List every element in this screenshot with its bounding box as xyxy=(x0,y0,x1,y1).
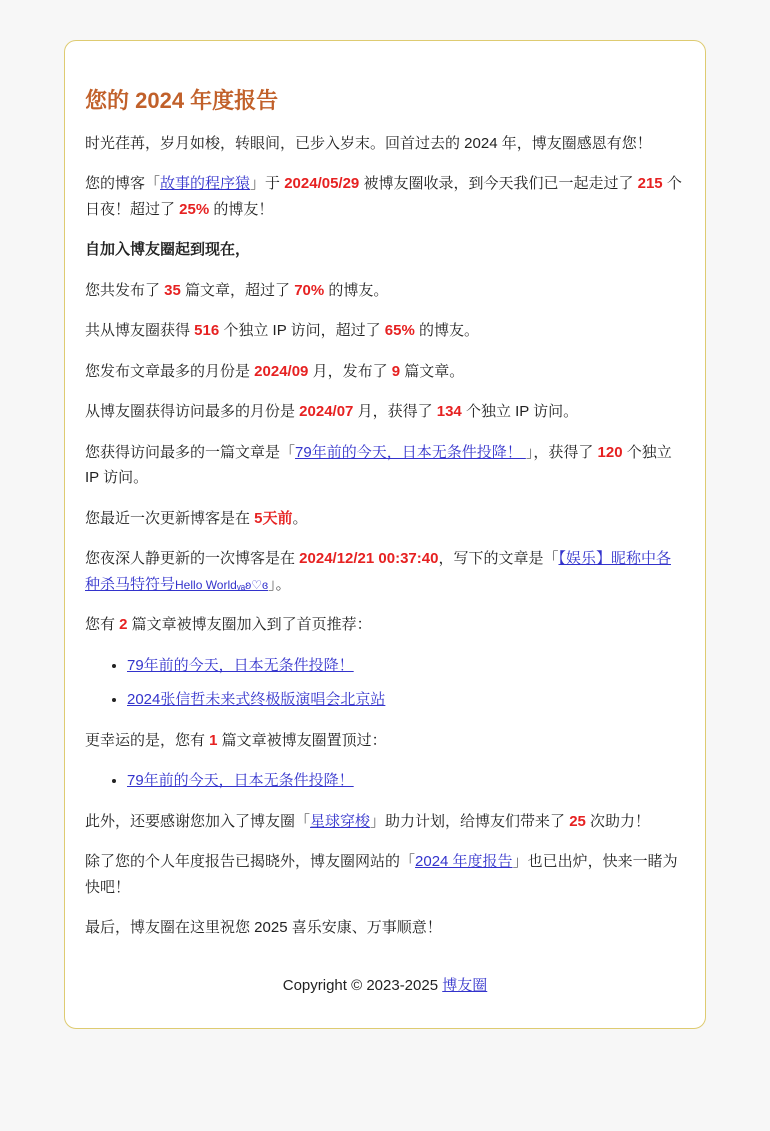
report-card: 您的 2024 年度报告 时光荏苒，岁月如梭，转眼间，已步入岁末。回首过去的 2… xyxy=(64,40,706,1029)
blog-joined-paragraph: 您的博客「故事的程序猿」于 2024/05/29 被博友圈收录，到今天我们已一起… xyxy=(85,171,685,222)
footer: Copyright © 2023-2025 博友圈 xyxy=(85,973,685,999)
body-text: 」。 xyxy=(268,576,291,593)
highlight-value: 25 xyxy=(569,813,586,830)
blog-name-link[interactable]: 故事的程序猿 xyxy=(160,175,250,192)
list-item: 79年前的今天，日本无条件投降！ xyxy=(127,768,685,794)
highlight-value: 65% xyxy=(385,322,415,339)
highlight-value: 1 xyxy=(209,732,217,749)
intro-paragraph: 时光荏苒，岁月如梭，转眼间，已步入岁末。回首过去的 2024 年，博友圈感恩有您… xyxy=(85,131,685,157)
unique-ip-paragraph: 共从博友圈获得 516 个独立 IP 访问，超过了 65% 的博友。 xyxy=(85,318,685,344)
recommended-article-link-2[interactable]: 2024张信哲未来式终极版演唱会北京站 xyxy=(127,691,385,708)
body-text: 您共发布了 xyxy=(85,282,164,299)
most-visited-month-paragraph: 从博友圈获得访问最多的月份是 2024/07 月，获得了 134 个独立 IP … xyxy=(85,399,685,425)
body-text: 次助力！ xyxy=(586,813,650,830)
pinned-article-link[interactable]: 79年前的今天，日本无条件投降！ xyxy=(127,772,354,789)
body-text: 月，发布了 xyxy=(308,363,391,380)
body-text: ，写下的文章是「 xyxy=(438,550,558,567)
page-title: 您的 2024 年度报告 xyxy=(85,87,685,116)
highlight-value: 120 xyxy=(598,444,623,461)
body-text: 您的博客「 xyxy=(85,175,160,192)
closing-wish-paragraph: 最后，博友圈在这里祝您 2025 喜乐安康、万事顺意！ xyxy=(85,915,685,941)
body-text: 」，获得了 xyxy=(526,444,598,461)
body-text: 的博友。 xyxy=(415,322,479,339)
highlight-value: 70% xyxy=(294,282,324,299)
body-text: 」于 xyxy=(250,175,284,192)
site-report-link[interactable]: 2024 年度报告 xyxy=(415,853,513,870)
body-text: 篇文章。 xyxy=(400,363,464,380)
highlight-value: 2024/05/29 xyxy=(284,175,359,192)
highlight-value: 516 xyxy=(194,322,219,339)
body-text: 篇文章被博友圈置顶过： xyxy=(218,732,387,749)
footer-site-link[interactable]: 博友圈 xyxy=(442,977,487,994)
body-text: 您获得访问最多的一篇文章是「 xyxy=(85,444,295,461)
late-night-paragraph: 您夜深人静更新的一次博客是在 2024/12/21 00:37:40，写下的文章… xyxy=(85,546,685,597)
highlight-value: 5天前 xyxy=(254,510,292,527)
body-text: 您夜深人静更新的一次博客是在 xyxy=(85,550,299,567)
body-text: 个独立 IP 访问。 xyxy=(462,403,578,420)
top-article-paragraph: 您获得访问最多的一篇文章是「79年前的今天，日本无条件投降！ 」，获得了 120… xyxy=(85,440,685,491)
body-text: 月，获得了 xyxy=(353,403,436,420)
homepage-recommended-paragraph: 您有 2 篇文章被博友圈加入到了首页推荐： xyxy=(85,612,685,638)
late-night-article-link-decoration[interactable]: Hello Worldᵥₐʚ♡ɞ xyxy=(175,578,268,592)
copyright-text: Copyright © 2023-2025 xyxy=(283,977,443,994)
recommended-article-list: 79年前的今天，日本无条件投降！ 2024张信哲未来式终极版演唱会北京站 xyxy=(85,653,685,713)
last-update-paragraph: 您最近一次更新博客是在 5天前。 xyxy=(85,506,685,532)
body-text: 。 xyxy=(293,510,308,527)
body-text: 从博友圈获得访问最多的月份是 xyxy=(85,403,299,420)
site-report-paragraph: 除了您的个人年度报告已揭晓外，博友圈网站的「2024 年度报告」也已出炉，快来一… xyxy=(85,849,685,900)
most-published-month-paragraph: 您发布文章最多的月份是 2024/09 月，发布了 9 篇文章。 xyxy=(85,359,685,385)
highlight-value: 134 xyxy=(437,403,462,420)
body-text: 的博友。 xyxy=(324,282,388,299)
body-text: 的博友！ xyxy=(209,201,273,218)
pinned-paragraph: 更幸运的是，您有 1 篇文章被博友圈置顶过： xyxy=(85,728,685,754)
recommended-article-link-1[interactable]: 79年前的今天，日本无条件投降！ xyxy=(127,657,354,674)
body-text: 篇文章被博友圈加入到了首页推荐： xyxy=(128,616,372,633)
shuttle-program-link[interactable]: 星球穿梭 xyxy=(310,813,370,830)
highlight-value: 25% xyxy=(179,201,209,218)
top-article-link[interactable]: 79年前的今天，日本无条件投降！ xyxy=(295,444,526,461)
highlight-value: 2 xyxy=(119,616,127,633)
articles-published-paragraph: 您共发布了 35 篇文章，超过了 70% 的博友。 xyxy=(85,278,685,304)
body-text: 共从博友圈获得 xyxy=(85,322,194,339)
body-text: 个独立 IP 访问，超过了 xyxy=(219,322,385,339)
report-content: 时光荏苒，岁月如梭，转眼间，已步入岁末。回首过去的 2024 年，博友圈感恩有您… xyxy=(85,131,685,941)
bold-text: 自加入博友圈起到现在， xyxy=(85,241,250,258)
body-text: 时光荏苒，岁月如梭，转眼间，已步入岁末。回首过去的 2024 年，博友圈感恩有您… xyxy=(85,135,652,152)
highlight-value: 35 xyxy=(164,282,181,299)
body-text: 您有 xyxy=(85,616,119,633)
body-text: 最后，博友圈在这里祝您 2025 喜乐安康、万事顺意！ xyxy=(85,919,442,936)
since-joined-heading: 自加入博友圈起到现在， xyxy=(85,237,685,263)
highlight-value: 9 xyxy=(392,363,400,380)
list-item: 79年前的今天，日本无条件投降！ xyxy=(127,653,685,679)
highlight-value: 2024/07 xyxy=(299,403,353,420)
body-text: 被博友圈收录，到今天我们已一起走过了 xyxy=(359,175,637,192)
body-text: 更幸运的是，您有 xyxy=(85,732,209,749)
highlight-value: 2024/12/21 00:37:40 xyxy=(299,550,438,567)
list-item: 2024张信哲未来式终极版演唱会北京站 xyxy=(127,687,685,713)
highlight-value: 2024/09 xyxy=(254,363,308,380)
body-text: 此外，还要感谢您加入了博友圈「 xyxy=(85,813,310,830)
highlight-value: 215 xyxy=(638,175,663,192)
pinned-article-list: 79年前的今天，日本无条件投降！ xyxy=(85,768,685,794)
body-text: 」助力计划，给博友们带来了 xyxy=(370,813,569,830)
body-text: 篇文章，超过了 xyxy=(181,282,294,299)
body-text: 您发布文章最多的月份是 xyxy=(85,363,254,380)
shuttle-program-paragraph: 此外，还要感谢您加入了博友圈「星球穿梭」助力计划，给博友们带来了 25 次助力！ xyxy=(85,809,685,835)
body-text: 除了您的个人年度报告已揭晓外，博友圈网站的「 xyxy=(85,853,415,870)
body-text: 您最近一次更新博客是在 xyxy=(85,510,254,527)
